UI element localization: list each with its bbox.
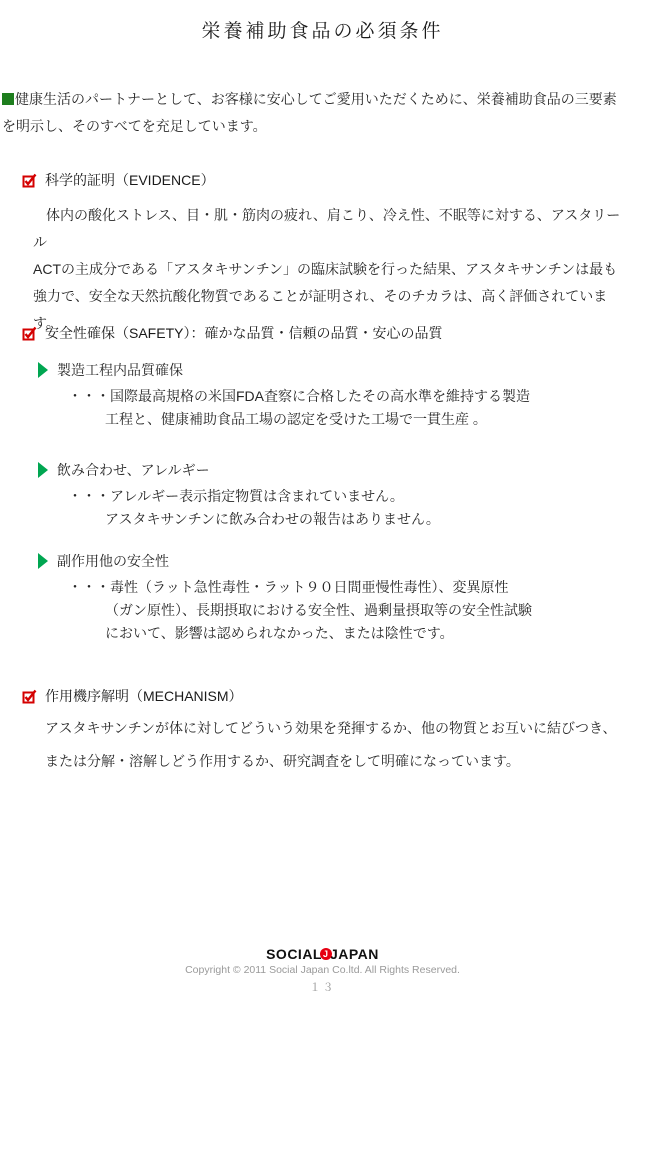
subitem-detail-line: アスタキサンチンに飲み合わせの報告はありません。 (105, 508, 635, 531)
page-number: １３ (0, 979, 645, 995)
copyright-line: Copyright © 2011 Social Japan Co.ltd. Al… (0, 964, 645, 976)
subitem-title-label: 製造工程内品質確保 (57, 360, 183, 380)
logo-dot-letter: J (323, 948, 328, 960)
logo-red-dot-icon: J (320, 948, 332, 960)
intro-text-line2: を明示し、そのすべてを充足しています。 (2, 118, 267, 134)
intro-paragraph: 健康生活のパートナーとして、お客様に安心してご愛用いただくために、栄養補助食品の… (2, 86, 639, 140)
red-checkbox-icon (22, 173, 37, 188)
subitem-interaction-allergy: 飲み合わせ、アレルギー ・・・アレルギー表示指定物質は含まれていません。 アスタ… (38, 460, 635, 531)
section-body-mechanism: アスタキサンチンが体に対してどういう効果を発揮するか、他の物質とお互いに結びつき… (45, 712, 635, 778)
subitem-detail: ・・・国際最高規格の米国FDA査察に合格したその高水準を維持する製造 工程と、健… (38, 385, 635, 431)
subitem-detail: ・・・毒性（ラット急性毒性・ラット９０日間亜慢性毒性）、変異原性 （ガン原性）、… (38, 576, 635, 645)
company-logo: SOCIALJJAPAN (0, 946, 645, 962)
red-checkbox-icon (22, 326, 37, 341)
section-heading-evidence: 科学的証明（EVIDENCE） (22, 170, 215, 190)
section-heading-safety-label: 安全性確保（SAFETY）：確かな品質・信頼の品質・安心の品質 (45, 323, 442, 343)
green-square-bullet-icon (2, 93, 14, 105)
green-arrow-icon (38, 362, 48, 378)
mechanism-body-line: または分解・溶解しどう作用するか、研究調査をして明確になっています。 (45, 745, 635, 778)
green-arrow-icon (38, 553, 48, 569)
mechanism-body-line: アスタキサンチンが体に対してどういう効果を発揮するか、他の物質とお互いに結びつき… (45, 712, 635, 745)
red-checkbox-icon (22, 689, 37, 704)
section-heading-mechanism: 作用機序解明（MECHANISM） (22, 686, 243, 706)
page-title: 栄養補助食品の必須条件 (0, 16, 645, 43)
evidence-body-line: 体内の酸化ストレス、目・肌・筋肉の疲れ、肩こり、冷え性、不眠等に対する、アスタリ… (33, 202, 631, 256)
green-arrow-icon (38, 462, 48, 478)
subitem-title-label: 副作用他の安全性 (57, 551, 169, 571)
subitem-detail-line: ・・・アレルギー表示指定物質は含まれていません。 (68, 485, 635, 508)
subitem-side-effect-safety: 副作用他の安全性 ・・・毒性（ラット急性毒性・ラット９０日間亜慢性毒性）、変異原… (38, 551, 635, 645)
subitem-detail-line: （ガン原性）、長期摂取における安全性、過剰量摂取等の安全性試験 (105, 599, 635, 622)
subitem-detail-line: において、影響は認められなかった、または陰性です。 (105, 622, 635, 645)
subitem-manufacturing-quality: 製造工程内品質確保 ・・・国際最高規格の米国FDA査察に合格したその高水準を維持… (38, 360, 635, 431)
section-body-evidence: 体内の酸化ストレス、目・肌・筋肉の疲れ、肩こり、冷え性、不眠等に対する、アスタリ… (33, 202, 631, 337)
intro-text-line1: 健康生活のパートナーとして、お客様に安心してご愛用いただくために、栄養補助食品の… (15, 91, 617, 107)
subitem-detail-line: ・・・国際最高規格の米国FDA査察に合格したその高水準を維持する製造 (68, 385, 635, 408)
subitem-detail-line: 工程と、健康補助食品工場の認定を受けた工場で一貫生産 。 (105, 408, 635, 431)
subitem-title-row: 副作用他の安全性 (38, 551, 635, 571)
logo-text-social: SOCIAL (266, 946, 322, 962)
subitem-title-row: 飲み合わせ、アレルギー (38, 460, 635, 480)
subitem-detail-line: ・・・毒性（ラット急性毒性・ラット９０日間亜慢性毒性）、変異原性 (68, 576, 635, 599)
section-heading-evidence-label: 科学的証明（EVIDENCE） (45, 170, 215, 190)
section-heading-mechanism-label: 作用機序解明（MECHANISM） (45, 686, 243, 706)
subitem-title-row: 製造工程内品質確保 (38, 360, 635, 380)
slide-page: 栄養補助食品の必須条件 健康生活のパートナーとして、お客様に安心してご愛用いただ… (0, 0, 645, 1159)
logo-text-japan: JAPAN (330, 946, 379, 962)
section-heading-safety: 安全性確保（SAFETY）：確かな品質・信頼の品質・安心の品質 (22, 323, 442, 343)
subitem-detail: ・・・アレルギー表示指定物質は含まれていません。 アスタキサンチンに飲み合わせの… (38, 485, 635, 531)
evidence-body-line: ACTの主成分である「アスタキサンチン」の臨床試験を行った結果、アスタキサンチン… (33, 256, 631, 283)
subitem-title-label: 飲み合わせ、アレルギー (57, 460, 210, 480)
